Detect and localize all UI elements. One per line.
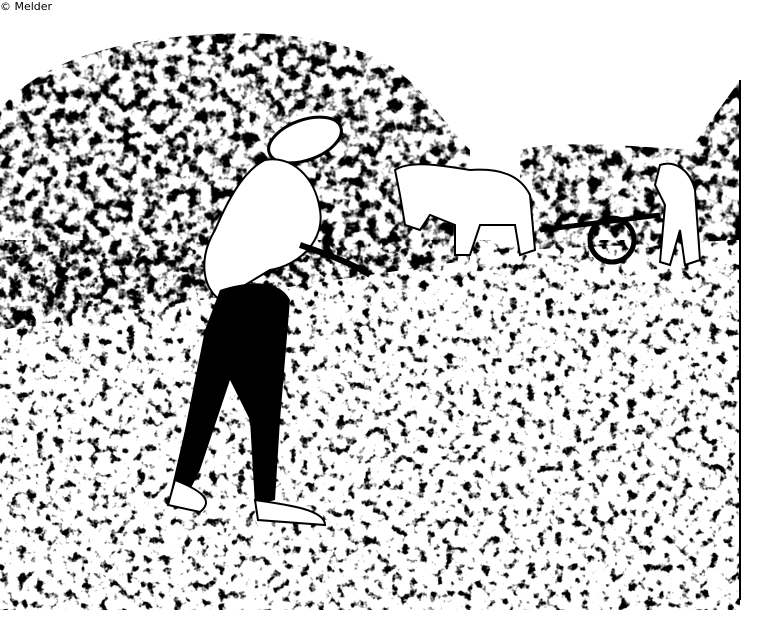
photograph (0, 0, 757, 617)
copyright-credit: © Melder (0, 0, 52, 14)
ploughed-field (0, 240, 740, 610)
